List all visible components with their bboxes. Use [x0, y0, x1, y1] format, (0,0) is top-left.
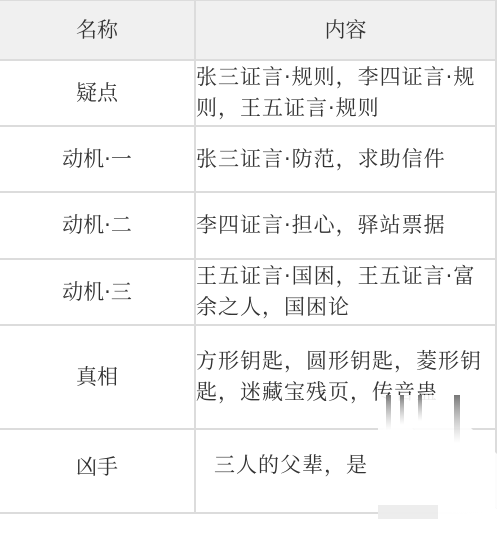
row-content: 王五证言·国困，王五证言·富余之人，国困论: [195, 259, 496, 325]
table-row: 动机·二 李四证言·担心，驿站票据: [0, 192, 496, 259]
row-name: 动机·一: [0, 126, 195, 192]
row-name: 真相: [0, 325, 195, 429]
clue-table: 名称 内容 疑点 张三证言·规则，李四证言·规则，王五证言·规则 动机·一 张三…: [0, 0, 497, 514]
table-row: 动机·一 张三证言·防范，求助信件: [0, 126, 496, 192]
row-name: 凶手: [0, 429, 195, 513]
row-content: 张三证言·规则，李四证言·规则，王五证言·规则: [195, 60, 496, 126]
row-name: 疑点: [0, 60, 195, 126]
header-content: 内容: [195, 0, 496, 60]
table-row: 真相 方形钥匙，圆形钥匙，菱形钥匙，迷藏宝残页，传音蛊: [0, 325, 496, 429]
row-name: 动机·三: [0, 259, 195, 325]
header-row: 名称 内容: [0, 0, 496, 60]
row-content: 李四证言·担心，驿站票据: [195, 192, 496, 259]
table-row: 凶手 三人的父辈，是: [0, 429, 496, 513]
header-name: 名称: [0, 0, 195, 60]
table-row: 动机·三 王五证言·国困，王五证言·富余之人，国困论: [0, 259, 496, 325]
row-name: 动机·二: [0, 192, 195, 259]
row-content: 方形钥匙，圆形钥匙，菱形钥匙，迷藏宝残页，传音蛊: [195, 325, 496, 429]
table-row: 疑点 张三证言·规则，李四证言·规则，王五证言·规则: [0, 60, 496, 126]
row-content: 三人的父辈，是: [195, 429, 496, 513]
row-content: 张三证言·防范，求助信件: [195, 126, 496, 192]
